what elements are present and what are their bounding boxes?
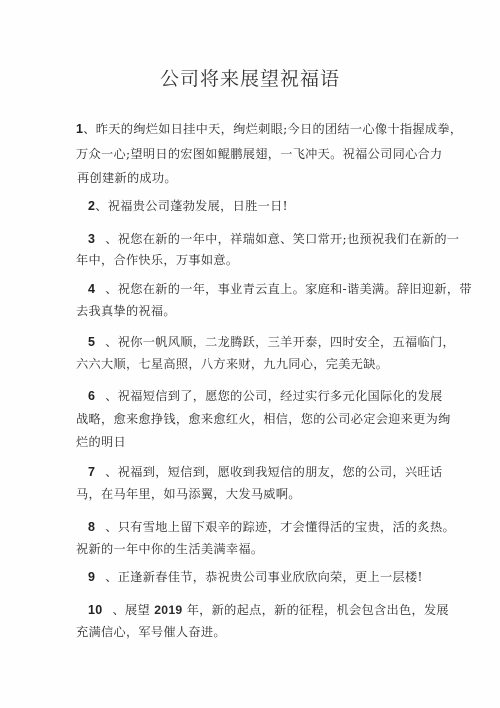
paragraph-text: 展望 bbox=[125, 603, 150, 617]
item-number: 9 bbox=[88, 570, 95, 584]
document-page: 公司将来展望祝福语 1、昨天的绚烂如日挂中天，绚烂刺眼;今日的团结一心像十指握成… bbox=[0, 0, 500, 708]
paragraph-4-line-2: 去我真挚的祝福。 bbox=[76, 302, 176, 319]
item-separator: 、 bbox=[105, 335, 118, 349]
paragraph-10-line-2: 充满信心，军号催人奋进。 bbox=[76, 623, 226, 640]
paragraph-8-line-2: 祝新的一年中你的生活美满幸福。 bbox=[76, 540, 263, 557]
paragraph-1-line-1: 1、昨天的绚烂如日挂中天，绚烂刺眼;今日的团结一心像十指握成拳， bbox=[76, 120, 462, 137]
paragraph-9-line-1: 9、正逢新春佳节，恭祝贵公司事业欣欣向荣，更上一层楼! bbox=[88, 568, 423, 585]
paragraph-3-line-1: 3、祝您在新的一年中，祥瑞如意、笑口常开;也预祝我们在新的一 bbox=[88, 230, 459, 247]
paragraph-1-line-2: 万众一心;望明日的宏图如鲲鹏展翅，一飞冲天。祝福公司同心合力 bbox=[76, 145, 443, 162]
item-number: 6 bbox=[88, 389, 95, 403]
paragraph-text: 祝您在新的一年，事业青云直上。家庭和-谐美满。辞旧迎新，带 bbox=[118, 282, 472, 296]
paragraph-text: 昨天的绚烂如日挂中天，绚烂刺眼;今日的团结一心像十指握成拳， bbox=[96, 122, 463, 136]
paragraph-text: 正逢新春佳节，恭祝贵公司事业欣欣向荣，更上一层楼! bbox=[118, 570, 423, 584]
paragraph-2-line-1: 2、祝福贵公司蓬勃发展，日胜一日! bbox=[88, 197, 288, 214]
paragraph-6-line-1: 6、祝福短信到了，愿您的公司，经过实行多元化国际化的发展 bbox=[88, 387, 442, 404]
paragraph-text: 祝福贵公司蓬勃发展，日胜一日! bbox=[108, 199, 288, 213]
item-separator: 、 bbox=[105, 570, 118, 584]
item-separator: 、 bbox=[113, 603, 126, 617]
item-separator: 、 bbox=[105, 389, 118, 403]
item-number: 8 bbox=[88, 520, 95, 534]
year-number: 2019 bbox=[154, 603, 182, 617]
item-separator: 、 bbox=[83, 122, 96, 136]
paragraph-text: 祝您在新的一年中，祥瑞如意、笑口常开;也预祝我们在新的一 bbox=[118, 232, 460, 246]
item-separator: 、 bbox=[95, 199, 108, 213]
item-separator: 、 bbox=[105, 520, 118, 534]
paragraph-4-line-1: 4、祝您在新的一年，事业青云直上。家庭和-谐美满。辞旧迎新，带 bbox=[88, 280, 472, 297]
paragraph-1-line-3: 再创建新的成功。 bbox=[77, 169, 177, 186]
item-number: 5 bbox=[88, 335, 95, 349]
item-number: 7 bbox=[88, 465, 95, 479]
paragraph-10-line-1: 10、展望 2019 年，新的起点，新的征程，机会包含出色，发展 bbox=[88, 601, 449, 618]
paragraph-text: 祝福短信到了，愿您的公司，经过实行多元化国际化的发展 bbox=[118, 389, 443, 403]
item-separator: 、 bbox=[105, 465, 118, 479]
paragraph-text: 祝你一帆风顺，二龙腾跃，三羊开泰，四时安全，五福临门， bbox=[118, 335, 455, 349]
paragraph-3-line-2: 年中，合作快乐，万事如意。 bbox=[76, 251, 238, 268]
paragraph-7-line-2: 马，在马年里，如马添翼，大发马威啊。 bbox=[76, 485, 301, 502]
paragraph-text: 年，新的起点，新的征程，机会包含出色，发展 bbox=[187, 603, 449, 617]
paragraph-5-line-2: 六六大顺，七星高照，八方来财，九九同心，完美无缺。 bbox=[76, 355, 388, 372]
paragraph-8-line-1: 8、只有雪地上留下艰辛的踪迹，才会懂得活的宝贵，活的炙热。 bbox=[88, 518, 455, 535]
paragraph-6-line-3: 烂的明日 bbox=[76, 433, 126, 450]
paragraph-5-line-1: 5、祝你一帆风顺，二龙腾跃，三羊开泰，四时安全，五福临门， bbox=[88, 333, 455, 350]
paragraph-6-line-2: 战略，愈来愈挣钱，愈来愈红火，相信，您的公司必定会迎来更为绚 bbox=[76, 410, 451, 427]
item-separator: 、 bbox=[105, 282, 118, 296]
item-separator: 、 bbox=[105, 232, 118, 246]
document-title: 公司将来展望祝福语 bbox=[0, 64, 500, 91]
item-number: 3 bbox=[88, 232, 95, 246]
paragraph-7-line-1: 7、祝福到，短信到，愿收到我短信的朋友，您的公司，兴旺话 bbox=[88, 463, 442, 480]
paragraph-text: 只有雪地上留下艰辛的踪迹，才会懂得活的宝贵，活的炙热。 bbox=[118, 520, 455, 534]
paragraph-text: 祝福到，短信到，愿收到我短信的朋友，您的公司，兴旺话 bbox=[118, 465, 443, 479]
item-number: 10 bbox=[88, 603, 103, 617]
item-number: 4 bbox=[88, 282, 95, 296]
